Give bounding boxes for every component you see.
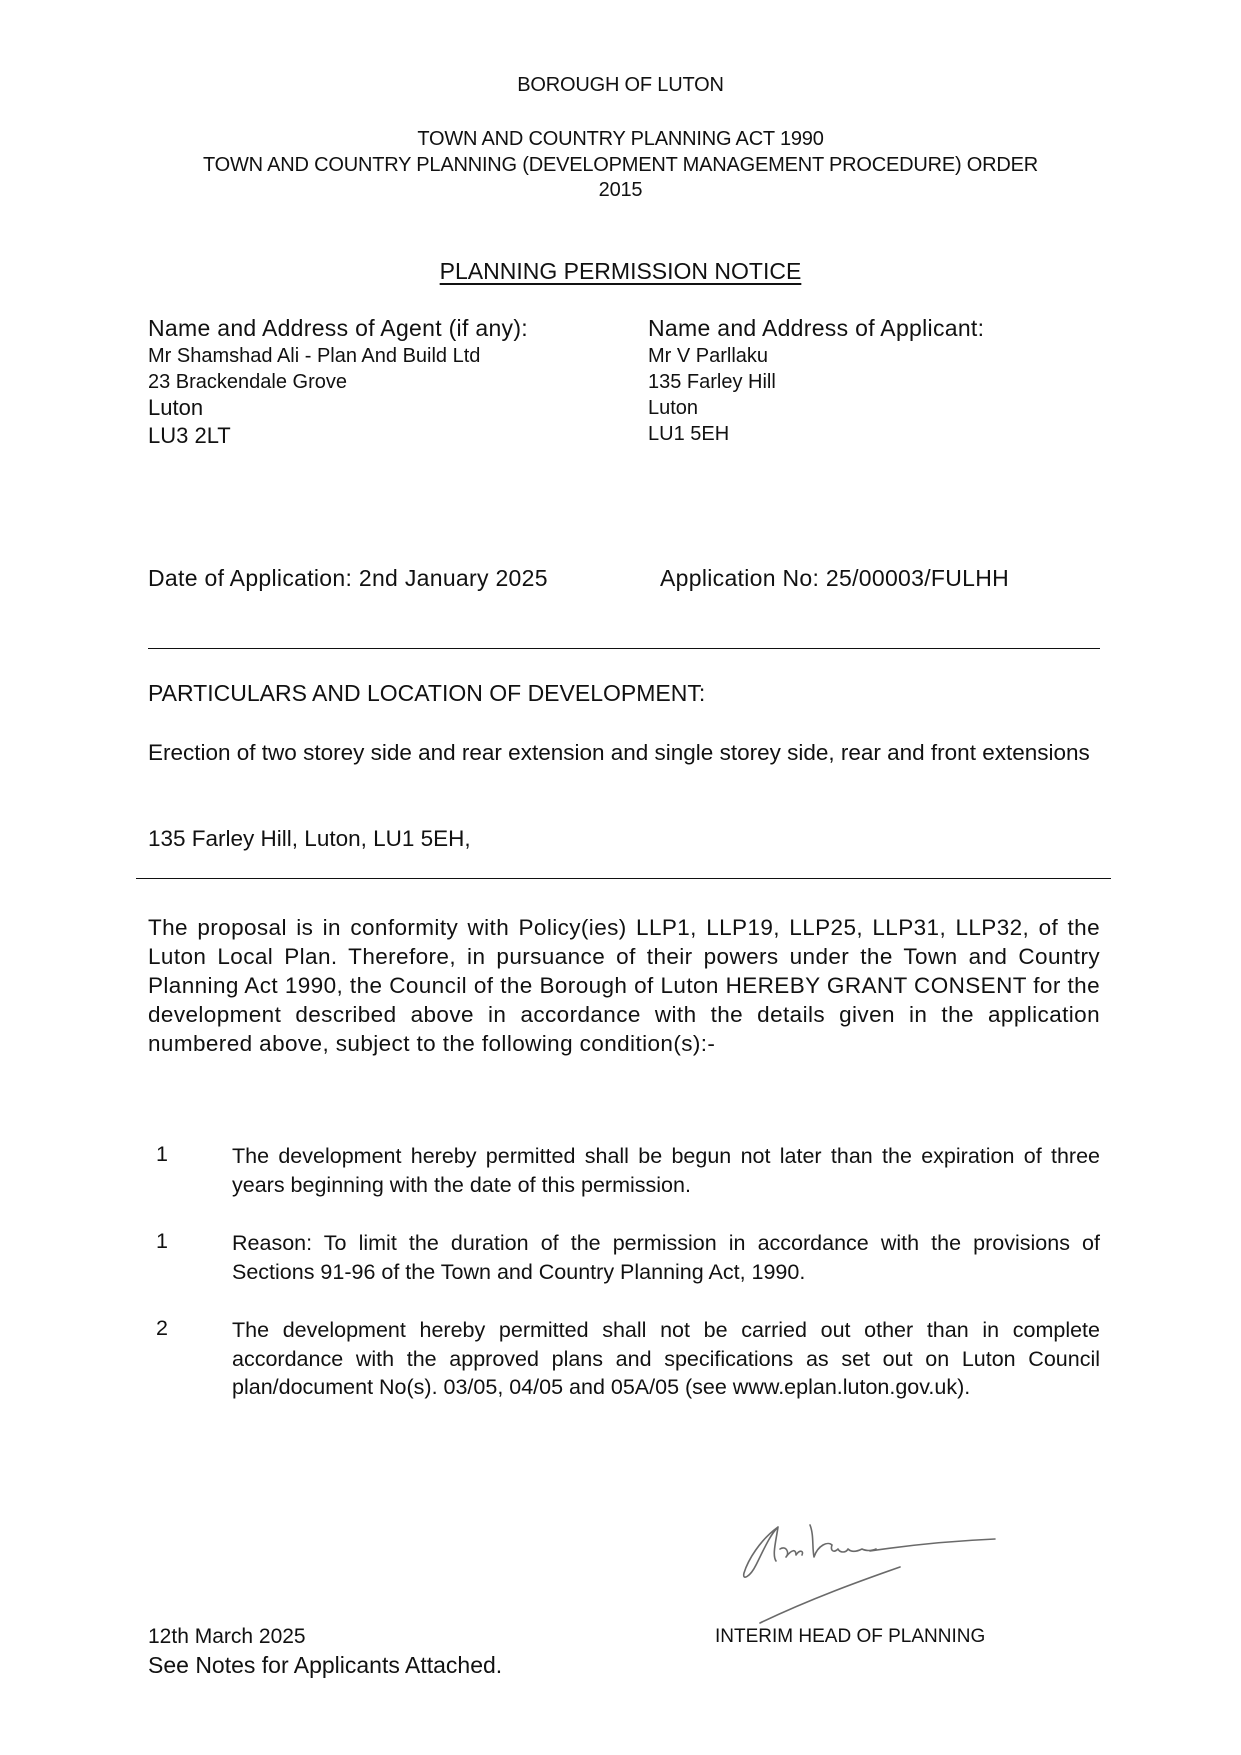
development-heading: PARTICULARS AND LOCATION OF DEVELOPMENT: <box>148 680 705 707</box>
agent-town: Luton <box>148 395 528 421</box>
application-number: Application No: 25/00003/FULHH <box>660 565 1009 592</box>
condition-number: 1 <box>148 1142 232 1199</box>
applicant-town: Luton <box>648 395 984 421</box>
condition-number: 1 <box>148 1229 232 1286</box>
authority-heading: BOROUGH OF LUTON <box>0 74 1241 97</box>
condition-text: Reason: To limit the duration of the per… <box>232 1229 1100 1286</box>
applicant-label: Name and Address of Applicant: <box>648 315 984 342</box>
agent-name: Mr Shamshad Ali - Plan And Build Ltd <box>148 343 528 369</box>
divider-line <box>136 878 1111 879</box>
condition-item: 2 The development hereby permitted shall… <box>148 1316 1100 1402</box>
signature-image <box>720 1505 1020 1625</box>
condition-item: 1 Reason: To limit the duration of the p… <box>148 1229 1100 1286</box>
application-date: Date of Application: 2nd January 2025 <box>148 565 548 592</box>
divider-line <box>148 648 1100 649</box>
applicant-postcode: LU1 5EH <box>648 421 984 447</box>
applicant-block: Name and Address of Applicant: Mr V Parl… <box>648 315 984 447</box>
condition-number: 2 <box>148 1316 232 1402</box>
development-location: 135 Farley Hill, Luton, LU1 5EH, <box>148 826 471 852</box>
signatory-title: INTERIM HEAD OF PLANNING <box>715 1626 985 1648</box>
development-description: Erection of two storey side and rear ext… <box>148 738 1100 767</box>
decision-date: 12th March 2025 <box>148 1622 502 1651</box>
footer-left: 12th March 2025 See Notes for Applicants… <box>148 1622 502 1680</box>
condition-text: The development hereby permitted shall b… <box>232 1142 1100 1199</box>
applicant-street: 135 Farley Hill <box>648 369 984 395</box>
order-line: TOWN AND COUNTRY PLANNING (DEVELOPMENT M… <box>0 154 1241 177</box>
decision-text: The proposal is in conformity with Polic… <box>148 913 1100 1058</box>
conditions-list: 1 The development hereby permitted shall… <box>148 1142 1100 1402</box>
agent-block: Name and Address of Agent (if any): Mr S… <box>148 315 528 449</box>
agent-label: Name and Address of Agent (if any): <box>148 315 528 342</box>
condition-text: The development hereby permitted shall n… <box>232 1316 1100 1402</box>
notice-title: PLANNING PERMISSION NOTICE <box>0 258 1241 285</box>
order-year: 2015 <box>0 179 1241 202</box>
agent-street: 23 Brackendale Grove <box>148 369 528 395</box>
applicant-name: Mr V Parllaku <box>648 343 984 369</box>
agent-postcode: LU3 2LT <box>148 423 528 449</box>
notes-for-applicants: See Notes for Applicants Attached. <box>148 1651 502 1680</box>
act-line: TOWN AND COUNTRY PLANNING ACT 1990 <box>0 128 1241 151</box>
condition-item: 1 The development hereby permitted shall… <box>148 1142 1100 1199</box>
